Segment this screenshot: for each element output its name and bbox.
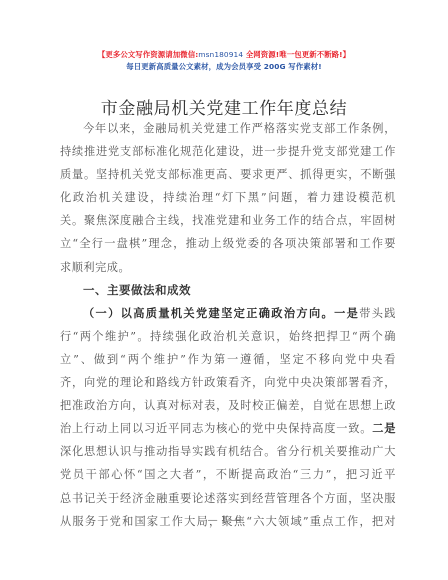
subsection-tail: 带头践 [359,307,396,320]
paragraph-line: 行“两个维护”。持续强化政治机关意识，始终把捍卫“两个确 [60,325,396,348]
promo-text-b: 全网资源!唯一包更新不断路!】 [243,50,350,59]
paragraph-line: 质量。坚持机关党支部标准更高、要求更严、抓得更实，不断强 [60,163,396,186]
promo-text-a: 【更多公文写作资源请加微信: [98,50,198,59]
paragraph-line: 关。聚焦深度融合主线，找准党建和业务工作的结合点，牢固树 [60,209,396,232]
paragraph-line: 把准政治方向，认真对标对表，及时校正偏差，自觉在思想上政 [60,394,396,417]
section-heading: 一、主要做法和成效 [60,279,396,302]
paragraph-line: 今年以来，金融局机关党建工作严格落实党支部工作条例， [60,117,396,140]
line-text: 治上行动上同以习近平同志为核心的党中央保持高度一致。 [60,422,372,435]
promo-banner-line1: 【更多公文写作资源请加微信:msn180914 全网资源!唯一包更新不断路!】 [0,49,448,60]
paragraph-line: 总书记关于经济金融重要论述落实到经营管理各个方面，坚决服 [60,487,396,510]
page-number: — 1 — [0,515,448,526]
paragraph-line: 立”、做到“两个维护”作为第一遵循，坚定不移向党中央看 [60,348,396,371]
document-body: 今年以来，金融局机关党建工作严格落实党支部工作条例， 持续推进党支部标准化规范化… [60,117,396,533]
promo-wechat-id: msn180914 [198,50,243,59]
subsection-line: （一）以高质量机关党建坚定正确政治方向。一是带头践 [60,302,396,325]
paragraph-line: 持续推进党支部标准化规范化建设，进一步提升党支部党建工作 [60,140,396,163]
document-title: 市金融局机关党建工作年度总结 [0,94,448,119]
paragraph-line: 求顺利完成。 [60,256,396,279]
paragraph-line: 治上行动上同以习近平同志为核心的党中央保持高度一致。二是 [60,417,396,440]
paragraph-line: 党员干部心怀“国之大者”，不断提高政治“三力”，把习近平 [60,463,396,486]
paragraph-line: 深化思想认识与推动指导实践有机结合。省分行机关要推动广大 [60,440,396,463]
paragraph-line: 齐，向党的理论和路线方针政策看齐，向党中央决策部署看齐， [60,371,396,394]
subsection-heading: （一）以高质量机关党建坚定正确政治方向。一是 [83,306,359,320]
point-label-bold: 二是 [372,421,396,435]
promo-banner-line2: 每日更新高质量公文素材，成为会员享受 200G 写作素材! [0,61,448,72]
paragraph-line: 立“全行一盘棋”理念，推动上级党委的各项决策部署和工作要 [60,232,396,255]
paragraph-line: 化政治机关建设，持续治理“灯下黑”问题，着力建设模范机 [60,186,396,209]
